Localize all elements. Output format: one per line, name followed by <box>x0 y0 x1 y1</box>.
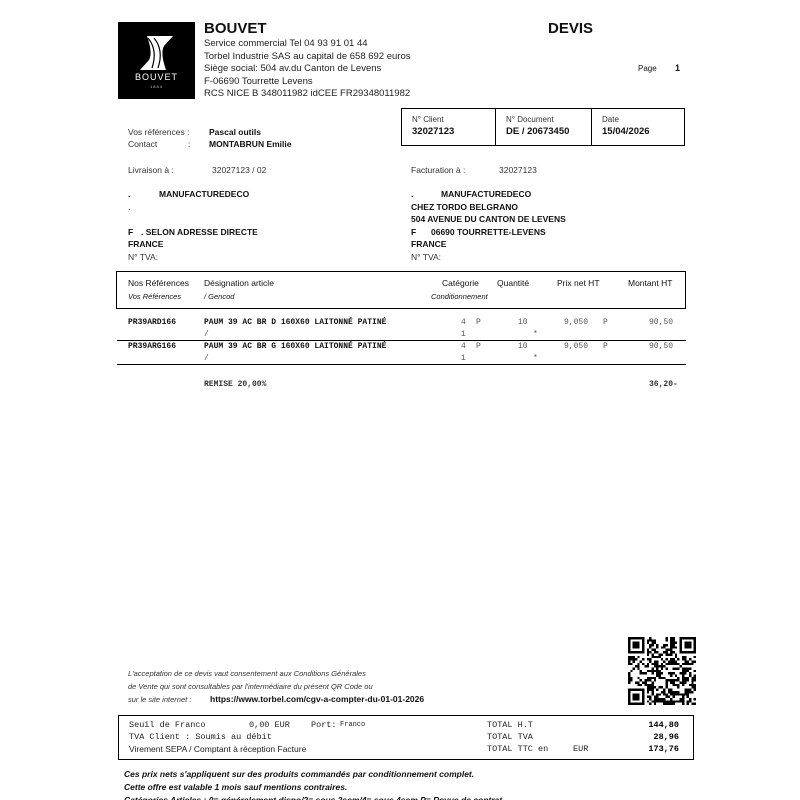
footer-note-1: Ces prix nets s'appliquent sur des produ… <box>124 769 474 779</box>
row-conditionnement: 1 <box>461 354 466 363</box>
page-label: Page <box>638 64 657 73</box>
delivery-country: FRANCE <box>128 239 163 249</box>
row-gencod: / <box>204 354 209 363</box>
document-type: DEVIS <box>548 20 593 37</box>
delivery-label: Livraison à : <box>128 165 174 175</box>
port-value: Franco <box>340 721 365 729</box>
billing-tva-label: N° TVA: <box>411 252 441 262</box>
header-vos-references: Vos Références <box>128 292 181 301</box>
row-prix-unit: P <box>603 318 608 327</box>
billing-code: 32027123 <box>499 165 537 175</box>
payment-method: Virement SEPA / Comptant à réception Fac… <box>129 744 306 754</box>
document-info-box: N° Client 32027123 N° Document DE / 2067… <box>401 108 685 146</box>
date-value: 15/04/2026 <box>602 126 684 137</box>
company-name: BOUVET <box>204 20 267 37</box>
total-ttc-label: TOTAL TTC en <box>487 744 548 754</box>
conditions-line-1: L'acceptation de ce devis vaut consentem… <box>128 669 366 678</box>
billing-name: MANUFACTUREDECO <box>441 189 531 199</box>
header-gencod: / Gencod <box>204 292 234 301</box>
footer-note-2: Cette offre est valable 1 mois sauf ment… <box>124 782 347 792</box>
company-logo: BOUVET 1884 <box>118 22 195 99</box>
delivery-country-code: F <box>128 227 133 237</box>
bouvet-monogram-icon <box>138 36 175 70</box>
total-ht-label: TOTAL H.T <box>487 720 533 730</box>
row-cat-unit: P <box>476 318 481 327</box>
document-number-label: N° Document <box>506 115 591 124</box>
delivery-address: . SELON ADRESSE DIRECTE <box>141 227 258 237</box>
tva-client: TVA Client : Soumis au débit <box>129 732 272 742</box>
date-label: Date <box>602 115 684 124</box>
delivery-tva-label: N° TVA: <box>128 252 158 262</box>
client-number-value: 32027123 <box>412 126 495 137</box>
vos-references-label: Vos références : <box>128 127 189 137</box>
billing-country-code: F <box>411 227 416 237</box>
delivery-prefix-1: . <box>128 189 130 199</box>
header-prix-net: Prix net HT <box>557 278 600 288</box>
row-categorie: 4 <box>461 342 466 351</box>
row-divider <box>117 340 686 341</box>
row-ref: PR39ARD166 <box>128 318 176 327</box>
total-ttc-value: 173,76 <box>648 744 679 754</box>
total-tva-label: TOTAL TVA <box>487 732 533 742</box>
billing-prefix-1: . <box>411 189 413 199</box>
delivery-name: MANUFACTUREDECO <box>159 189 249 199</box>
logo-brand: BOUVET <box>118 72 195 82</box>
row-qty-mark: * <box>533 354 538 363</box>
document-number-cell: N° Document DE / 20673450 <box>496 109 592 145</box>
port-label: Port: <box>311 720 337 730</box>
billing-country: FRANCE <box>411 239 446 249</box>
contact-value: MONTABRUN Emilie <box>209 139 292 149</box>
row-designation: PAUM 39 AC BR G 160X60 LAITONNÉ PATINÉ <box>204 342 386 351</box>
header-quantite: Quantité <box>497 278 529 288</box>
total-tva-value: 28,96 <box>653 732 679 742</box>
remise-value: 36,20- <box>649 380 678 389</box>
page-number: 1 <box>675 63 680 73</box>
delivery-code: 32027123 / 02 <box>212 165 266 175</box>
row-cat-unit: P <box>476 342 481 351</box>
billing-care-of: CHEZ TORDO BELGRANO <box>411 202 518 212</box>
conditions-line-2: de Vente qui sont consultables par l'int… <box>128 682 373 691</box>
billing-street: 504 AVENUE DU CANTON DE LEVENS <box>411 214 566 224</box>
header-montant: Montant HT <box>628 278 672 288</box>
header-designation: Désignation article <box>204 278 274 288</box>
row-categorie: 4 <box>461 318 466 327</box>
qr-code-icon[interactable] <box>628 637 696 705</box>
row-gencod: / <box>204 330 209 339</box>
company-address: Siège social: 504 av.du Canton de Levens <box>204 63 381 74</box>
logo-year: 1884 <box>118 84 195 89</box>
row-quantite: 10 <box>518 318 528 327</box>
cgv-url-link[interactable]: https://www.torbel.com/cgv-a-compter-du-… <box>210 694 424 704</box>
row-quantite: 10 <box>518 342 528 351</box>
vos-references-value: Pascal outils <box>209 127 261 137</box>
row-montant: 90,50 <box>649 318 673 327</box>
row-prix: 9,050 <box>564 318 588 327</box>
row-qty-mark: * <box>533 330 538 339</box>
client-number-cell: N° Client 32027123 <box>402 109 496 145</box>
row-prix-unit: P <box>603 342 608 351</box>
company-phone: Service commercial Tel 04 93 91 01 44 <box>204 38 368 49</box>
delivery-line-2: . <box>128 202 130 212</box>
total-ht-value: 144,80 <box>648 720 679 730</box>
header-categorie: Catégorie <box>442 278 479 288</box>
date-cell: Date 15/04/2026 <box>592 109 684 145</box>
franco-label: Seuil de Franco <box>129 720 206 730</box>
row-conditionnement: 1 <box>461 330 466 339</box>
company-capital: Torbel Industrie SAS au capital de 658 6… <box>204 51 411 62</box>
franco-value: 0,00 EUR <box>249 720 290 730</box>
row-designation: PAUM 39 AC BR D 160X60 LAITONNÉ PATINÉ <box>204 318 386 327</box>
row-montant: 90,50 <box>649 342 673 351</box>
row-divider <box>117 364 686 365</box>
conditions-line-3: sur le site internet : <box>128 695 191 704</box>
company-city: F-06690 Tourrette Levens <box>204 76 313 87</box>
totals-box: Seuil de Franco 0,00 EUR Port: Franco TV… <box>118 715 694 760</box>
row-ref: PR39ARG166 <box>128 342 176 351</box>
document-number-value: DE / 20673450 <box>506 126 591 137</box>
items-table-header: Nos Références Vos Références Désignatio… <box>116 271 686 309</box>
client-number-label: N° Client <box>412 115 495 124</box>
billing-city: 06690 TOURRETTE-LEVENS <box>431 227 546 237</box>
contact-separator: : <box>188 139 190 149</box>
company-rcs: RCS NICE B 348011982 idCEE FR29348011982 <box>204 88 410 99</box>
remise-label: REMISE 20,00% <box>204 380 266 389</box>
billing-label: Facturation à : <box>411 165 465 175</box>
footer-note-3: Catégories Articles : 0= généralement di… <box>124 795 502 800</box>
contact-label: Contact <box>128 139 157 149</box>
total-ttc-currency: EUR <box>573 744 588 754</box>
header-conditionnement: Conditionnement <box>431 292 488 301</box>
row-prix: 9,050 <box>564 342 588 351</box>
header-nos-references: Nos Références <box>128 278 189 288</box>
